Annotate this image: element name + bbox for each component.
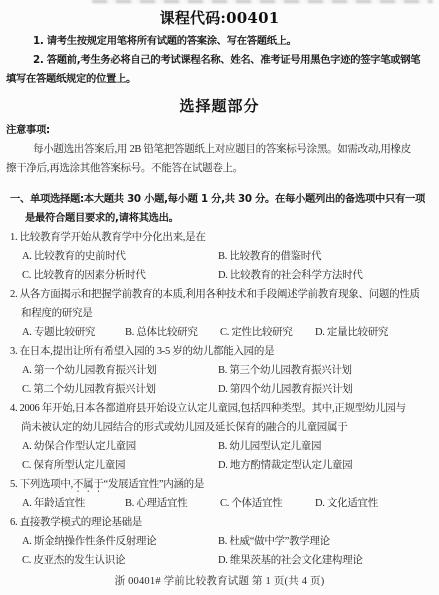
scan-artifact	[92, 0, 433, 3]
question-5-stem-post: “发展适宜性”内涵的是	[104, 479, 205, 490]
question-4-option-b: B. 幼儿园型认定儿童园	[218, 437, 321, 456]
question-2-option-a: A. 专题比较研究	[22, 323, 125, 342]
question-5-option-a: A. 年龄适宜性	[22, 494, 125, 513]
question-4-options-row-2: C. 保育所型认定儿童园 D. 地方酌情裁定型认定儿童园	[22, 456, 439, 475]
question-2-option-c: C. 定性比较研究	[220, 323, 315, 342]
question-5-option-d: D. 文化适宜性	[315, 494, 378, 513]
question-3-option-d: D. 第四个幼儿园教育振兴计划	[218, 380, 352, 399]
question-5-option-b: B. 心理适宜性	[125, 494, 220, 513]
question-6-option-d: D. 维果茨基的社会文化建构理论	[218, 551, 363, 570]
section-title: 选择题部分	[0, 96, 439, 116]
question-2-stem-line-2: 和程度的研究是	[21, 304, 439, 323]
question-1: 1. 比较教育学开始从教育学中分化出来,是在 A. 比较教育的史前时代 B. 比…	[0, 228, 439, 285]
question-5-option-c: C. 个体适宜性	[220, 494, 315, 513]
question-4-option-a: A. 幼保合作型认定儿童园	[22, 437, 218, 456]
question-4-stem-line-1: 4. 2006 年开始,日本各都道府县开始设立认定儿童园,包括四种类型。其中,正…	[10, 399, 439, 418]
question-5-stem-emphasis: 不属于	[73, 479, 104, 490]
question-3-option-a: A. 第一个幼儿园教育振兴计划	[22, 361, 218, 380]
question-1-stem: 1. 比较教育学开始从教育学中分化出来,是在	[10, 228, 439, 247]
question-4: 4. 2006 年开始,日本各都道府县开始设立认定儿童园,包括四种类型。其中,正…	[0, 399, 439, 475]
question-5-options-row: A. 年龄适宜性 B. 心理适宜性 C. 个体适宜性 D. 文化适宜性	[22, 494, 439, 513]
question-4-options-row-1: A. 幼保合作型认定儿童园 B. 幼儿园型认定儿童园	[22, 437, 439, 456]
question-1-option-c: C. 比较教育的因素分析时代	[22, 266, 218, 285]
course-code-title: 课程代码:00401	[0, 8, 439, 28]
notes-line-2: 擦干净后,再选涂其他答案标号。不能答在试题卷上。	[6, 159, 439, 178]
question-1-option-a: A. 比较教育的史前时代	[22, 247, 218, 266]
question-2-option-d: D. 定量比较研究	[315, 323, 388, 342]
question-2: 2. 从各方面揭示和把握学前教育的本质,利用各种技术和手段阐述学前教育现象、问题…	[0, 285, 439, 342]
page-footer: 浙 00401# 学前比较教育试题 第 1 页(共 4 页)	[0, 573, 439, 590]
question-2-options-row: A. 专题比较研究 B. 总体比较研究 C. 定性比较研究 D. 定量比较研究	[22, 323, 439, 342]
question-3-stem: 3. 在日本,提出让所有希望入园的 3-5 岁的幼儿都能入园的是	[10, 342, 439, 361]
question-6-stem: 6. 直接教学模式的理论基础是	[10, 513, 439, 532]
question-6-option-c: C. 皮亚杰的发生认识论	[22, 551, 218, 570]
question-6: 6. 直接教学模式的理论基础是 A. 斯金纳操作性条件反射理论 B. 杜威“做中…	[0, 513, 439, 570]
question-6-option-b: B. 杜威“做中学”教学理论	[218, 532, 330, 551]
question-3-options-row-2: C. 第二个幼儿园教育振兴计划 D. 第四个幼儿园教育振兴计划	[22, 380, 439, 399]
question-6-options-row-1: A. 斯金纳操作性条件反射理论 B. 杜威“做中学”教学理论	[22, 532, 439, 551]
question-1-options-row-2: C. 比较教育的因素分析时代 D. 比较教育的社会科学方法时代	[22, 266, 439, 285]
question-2-stem-line-1: 2. 从各方面揭示和把握学前教育的本质,利用各种技术和手段阐述学前教育现象、问题…	[10, 285, 439, 304]
part-one-heading-line-1: 一、单项选择题:本大题共 30 小题,每小题 1 分,共 30 分。在每小题列出…	[10, 190, 439, 209]
question-3-option-c: C. 第二个幼儿园教育振兴计划	[22, 380, 218, 399]
question-1-options-row-1: A. 比较教育的史前时代 B. 比较教育的借鉴时代	[22, 247, 439, 266]
question-4-stem-line-2: 尚未被认定的幼儿园结合的形式或幼儿园及延长保育的融合的儿童园属于	[21, 418, 439, 437]
question-4-option-d: D. 地方酌情裁定型认定儿童园	[218, 456, 352, 475]
instruction-2-line-1: 2. 答题前,考生务必将自己的考试课程名称、姓名、准考证号用黑色字迹的签字笔或钢…	[33, 51, 439, 70]
question-4-option-c: C. 保育所型认定儿童园	[22, 456, 218, 475]
instruction-2-line-2: 填写在答题纸规定的位置上。	[6, 70, 439, 89]
question-5-stem-pre: 5. 下列选项中,	[10, 479, 73, 490]
question-5: 5. 下列选项中,不属于“发展适宜性”内涵的是 A. 年龄适宜性 B. 心理适宜…	[0, 475, 439, 513]
notes-heading: 注意事项:	[6, 121, 439, 140]
notes-line-1: 每小题选出答案后,用 2B 铅笔把答题纸上对应题目的答案标号涂黑。如需改动,用橡…	[33, 140, 439, 159]
question-5-stem: 5. 下列选项中,不属于“发展适宜性”内涵的是	[10, 475, 439, 494]
instruction-1: 1. 请考生按规定用笔将所有试题的答案涂、写在答题纸上。	[33, 32, 439, 51]
part-one-heading-line-2: 是最符合题目要求的,请将其选出。	[25, 209, 439, 228]
question-3: 3. 在日本,提出让所有希望入园的 3-5 岁的幼儿都能入园的是 A. 第一个幼…	[0, 342, 439, 399]
question-1-option-b: B. 比较教育的借鉴时代	[218, 247, 321, 266]
question-3-options-row-1: A. 第一个幼儿园教育振兴计划 B. 第三个幼儿园教育振兴计划	[22, 361, 439, 380]
question-1-option-d: D. 比较教育的社会科学方法时代	[218, 266, 363, 285]
question-6-option-a: A. 斯金纳操作性条件反射理论	[22, 532, 218, 551]
exam-page: 课程代码:00401 1. 请考生按规定用笔将所有试题的答案涂、写在答题纸上。 …	[0, 0, 439, 595]
question-3-option-b: B. 第三个幼儿园教育振兴计划	[218, 361, 352, 380]
question-6-options-row-2: C. 皮亚杰的发生认识论 D. 维果茨基的社会文化建构理论	[22, 551, 439, 570]
question-2-option-b: B. 总体比较研究	[125, 323, 220, 342]
